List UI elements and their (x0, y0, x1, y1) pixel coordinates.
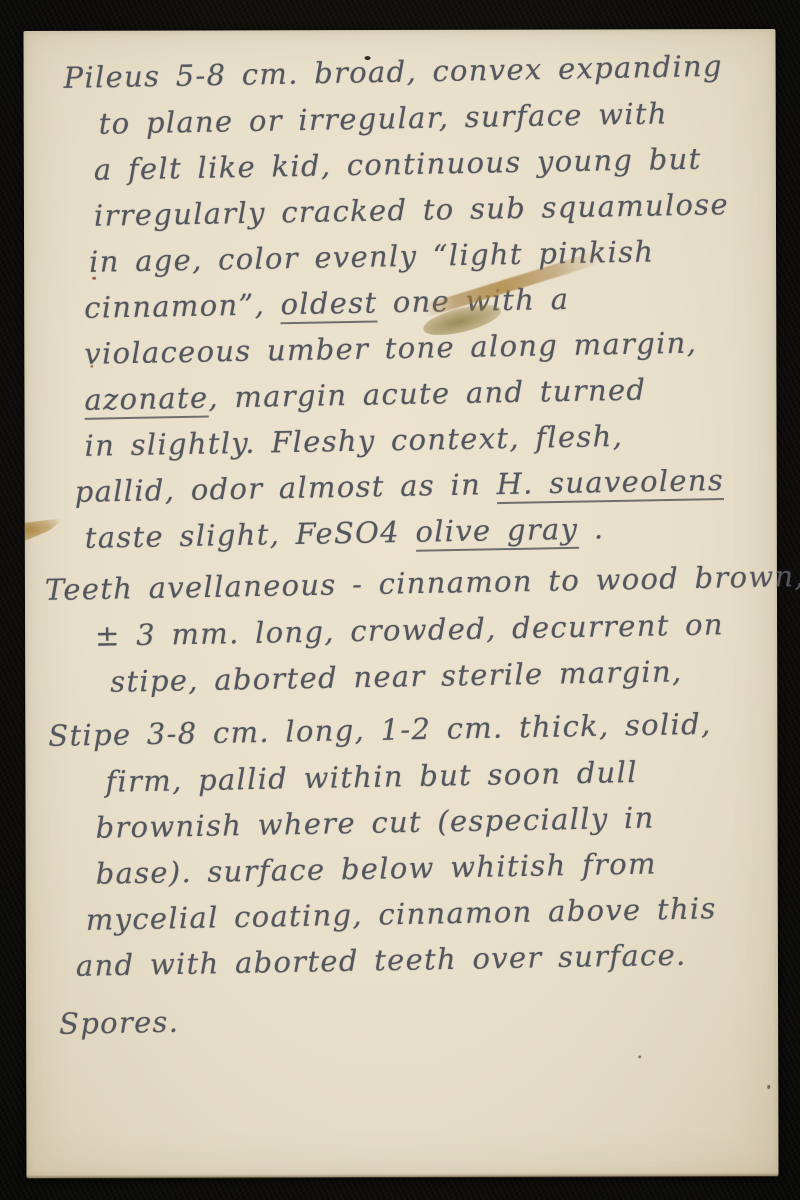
handwritten-line: Spores. (59, 988, 769, 1047)
line-segment: one with a (377, 282, 570, 320)
line-segment: , margin acute and turned (208, 373, 646, 415)
note-paper: Pileus 5-8 cm. broad, convex expandingto… (23, 29, 778, 1178)
line-segment: irregularly cracked to sub squamulose (94, 187, 730, 233)
line-segment: cinnamon”, (84, 287, 281, 325)
line-segment: and with aborted teeth over surface. (76, 938, 687, 983)
line-segment: oldest (280, 285, 377, 324)
line-segment: ± 3 mm. long, crowded, decurrent on (95, 607, 724, 653)
line-segment: olive gray (415, 512, 579, 552)
line-segment: stipe, aborted near sterile margin, (110, 654, 683, 698)
line-segment: to plane or irregular, surface with (98, 96, 668, 140)
line-segment: . (578, 511, 605, 545)
line-segment: pallid, odor almost as in (74, 467, 496, 509)
line-segment: H. suaveolens (496, 463, 724, 504)
handwriting: Pileus 5-8 cm. broad, convex expandingto… (23, 29, 778, 1178)
line-segment: brownish where cut (especially in (95, 801, 655, 845)
line-segment: Pileus 5-8 cm. broad, convex expanding (63, 49, 723, 95)
line-segment: Stipe 3-8 cm. long, 1-2 cm. thick, solid… (48, 707, 712, 753)
line-segment: in slightly. Fleshy context, flesh, (84, 419, 623, 463)
line-segment: violaceous umber tone along margin, (84, 326, 697, 371)
line-segment: taste slight, FeSO4 (85, 515, 416, 555)
line-segment: azonate (84, 381, 209, 420)
line-segment: base). surface below whitish from (95, 847, 657, 891)
line-segment: a felt like kid, continuous young but (94, 142, 702, 187)
line-segment: firm, pallid within but soon dull (105, 755, 638, 799)
line-segment: Teeth avellaneous - cinnamon to wood bro… (45, 559, 800, 607)
line-segment: in age, color evenly “light pinkish (89, 234, 655, 278)
line-segment: Spores. (59, 1005, 180, 1041)
line-segment: mycelial coating, cinnamon above this (86, 891, 717, 937)
